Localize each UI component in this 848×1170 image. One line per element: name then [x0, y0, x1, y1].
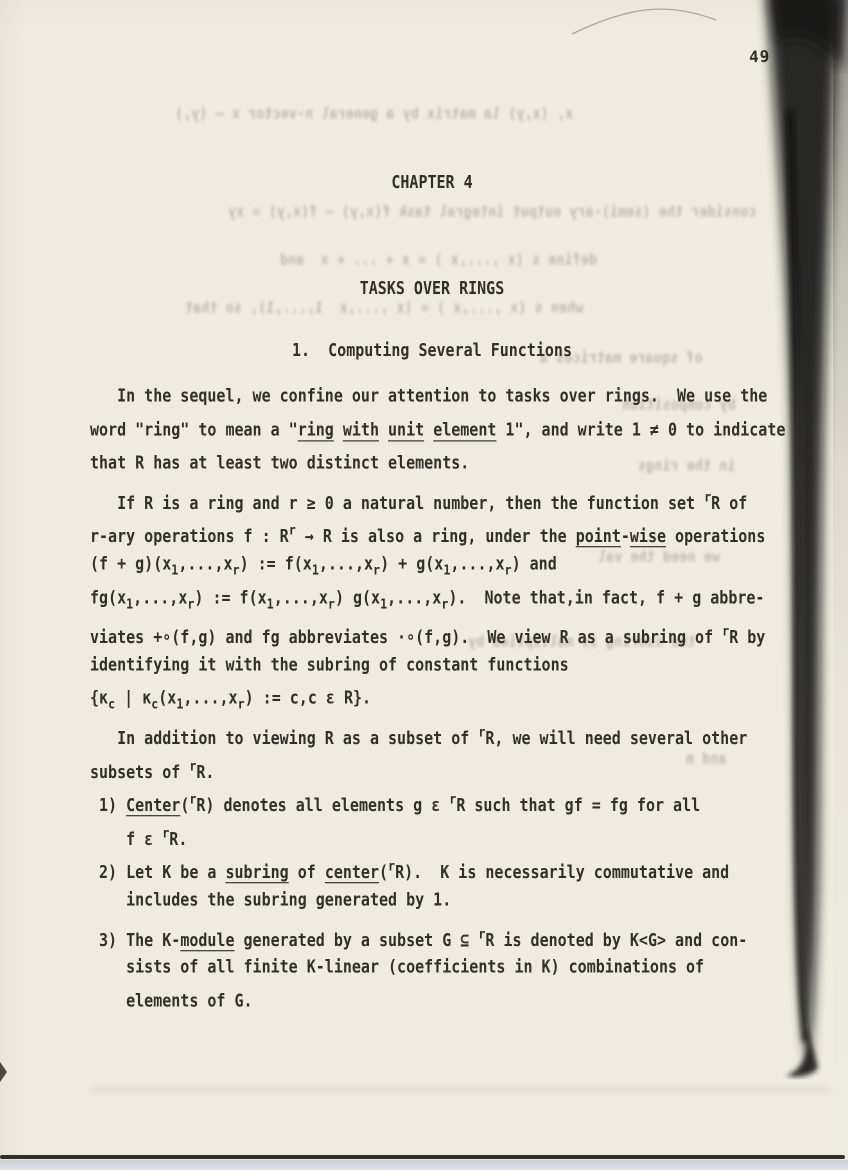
page-bottom-edge — [0, 1155, 845, 1159]
bleedthrough-line: x, (x,y) la matrix by a general n-vector… — [175, 105, 573, 123]
edge-mark — [0, 1062, 8, 1082]
chapter-heading: CHAPTER 4 — [88, 172, 776, 193]
shadow-foot — [786, 1030, 818, 1077]
body-line: elements of G. — [90, 982, 802, 1021]
scanned-document-page: x, (x,y) la matrix by a general n-vector… — [0, 0, 848, 1170]
page-right-edge — [833, 0, 848, 1170]
page-title: TASKS OVER RINGS — [88, 278, 776, 299]
page-number: 49 — [749, 47, 771, 67]
bleedthrough-line: define s (x ,...,x ) = x + ... + x and — [280, 251, 597, 269]
paper-crease — [90, 1086, 830, 1093]
hair-artifact — [572, 9, 716, 34]
scanner-bed-strip — [0, 1160, 848, 1170]
bleedthrough-line: when s (x ,...,x ) = (x ,...,x 1,...,1),… — [185, 299, 583, 317]
body-text: In the sequel, we confine our attention … — [90, 380, 802, 1018]
section-heading: 1. Computing Several Functions — [88, 340, 776, 361]
bleedthrough-line: consider the (semi)-ary output integral … — [228, 203, 756, 221]
